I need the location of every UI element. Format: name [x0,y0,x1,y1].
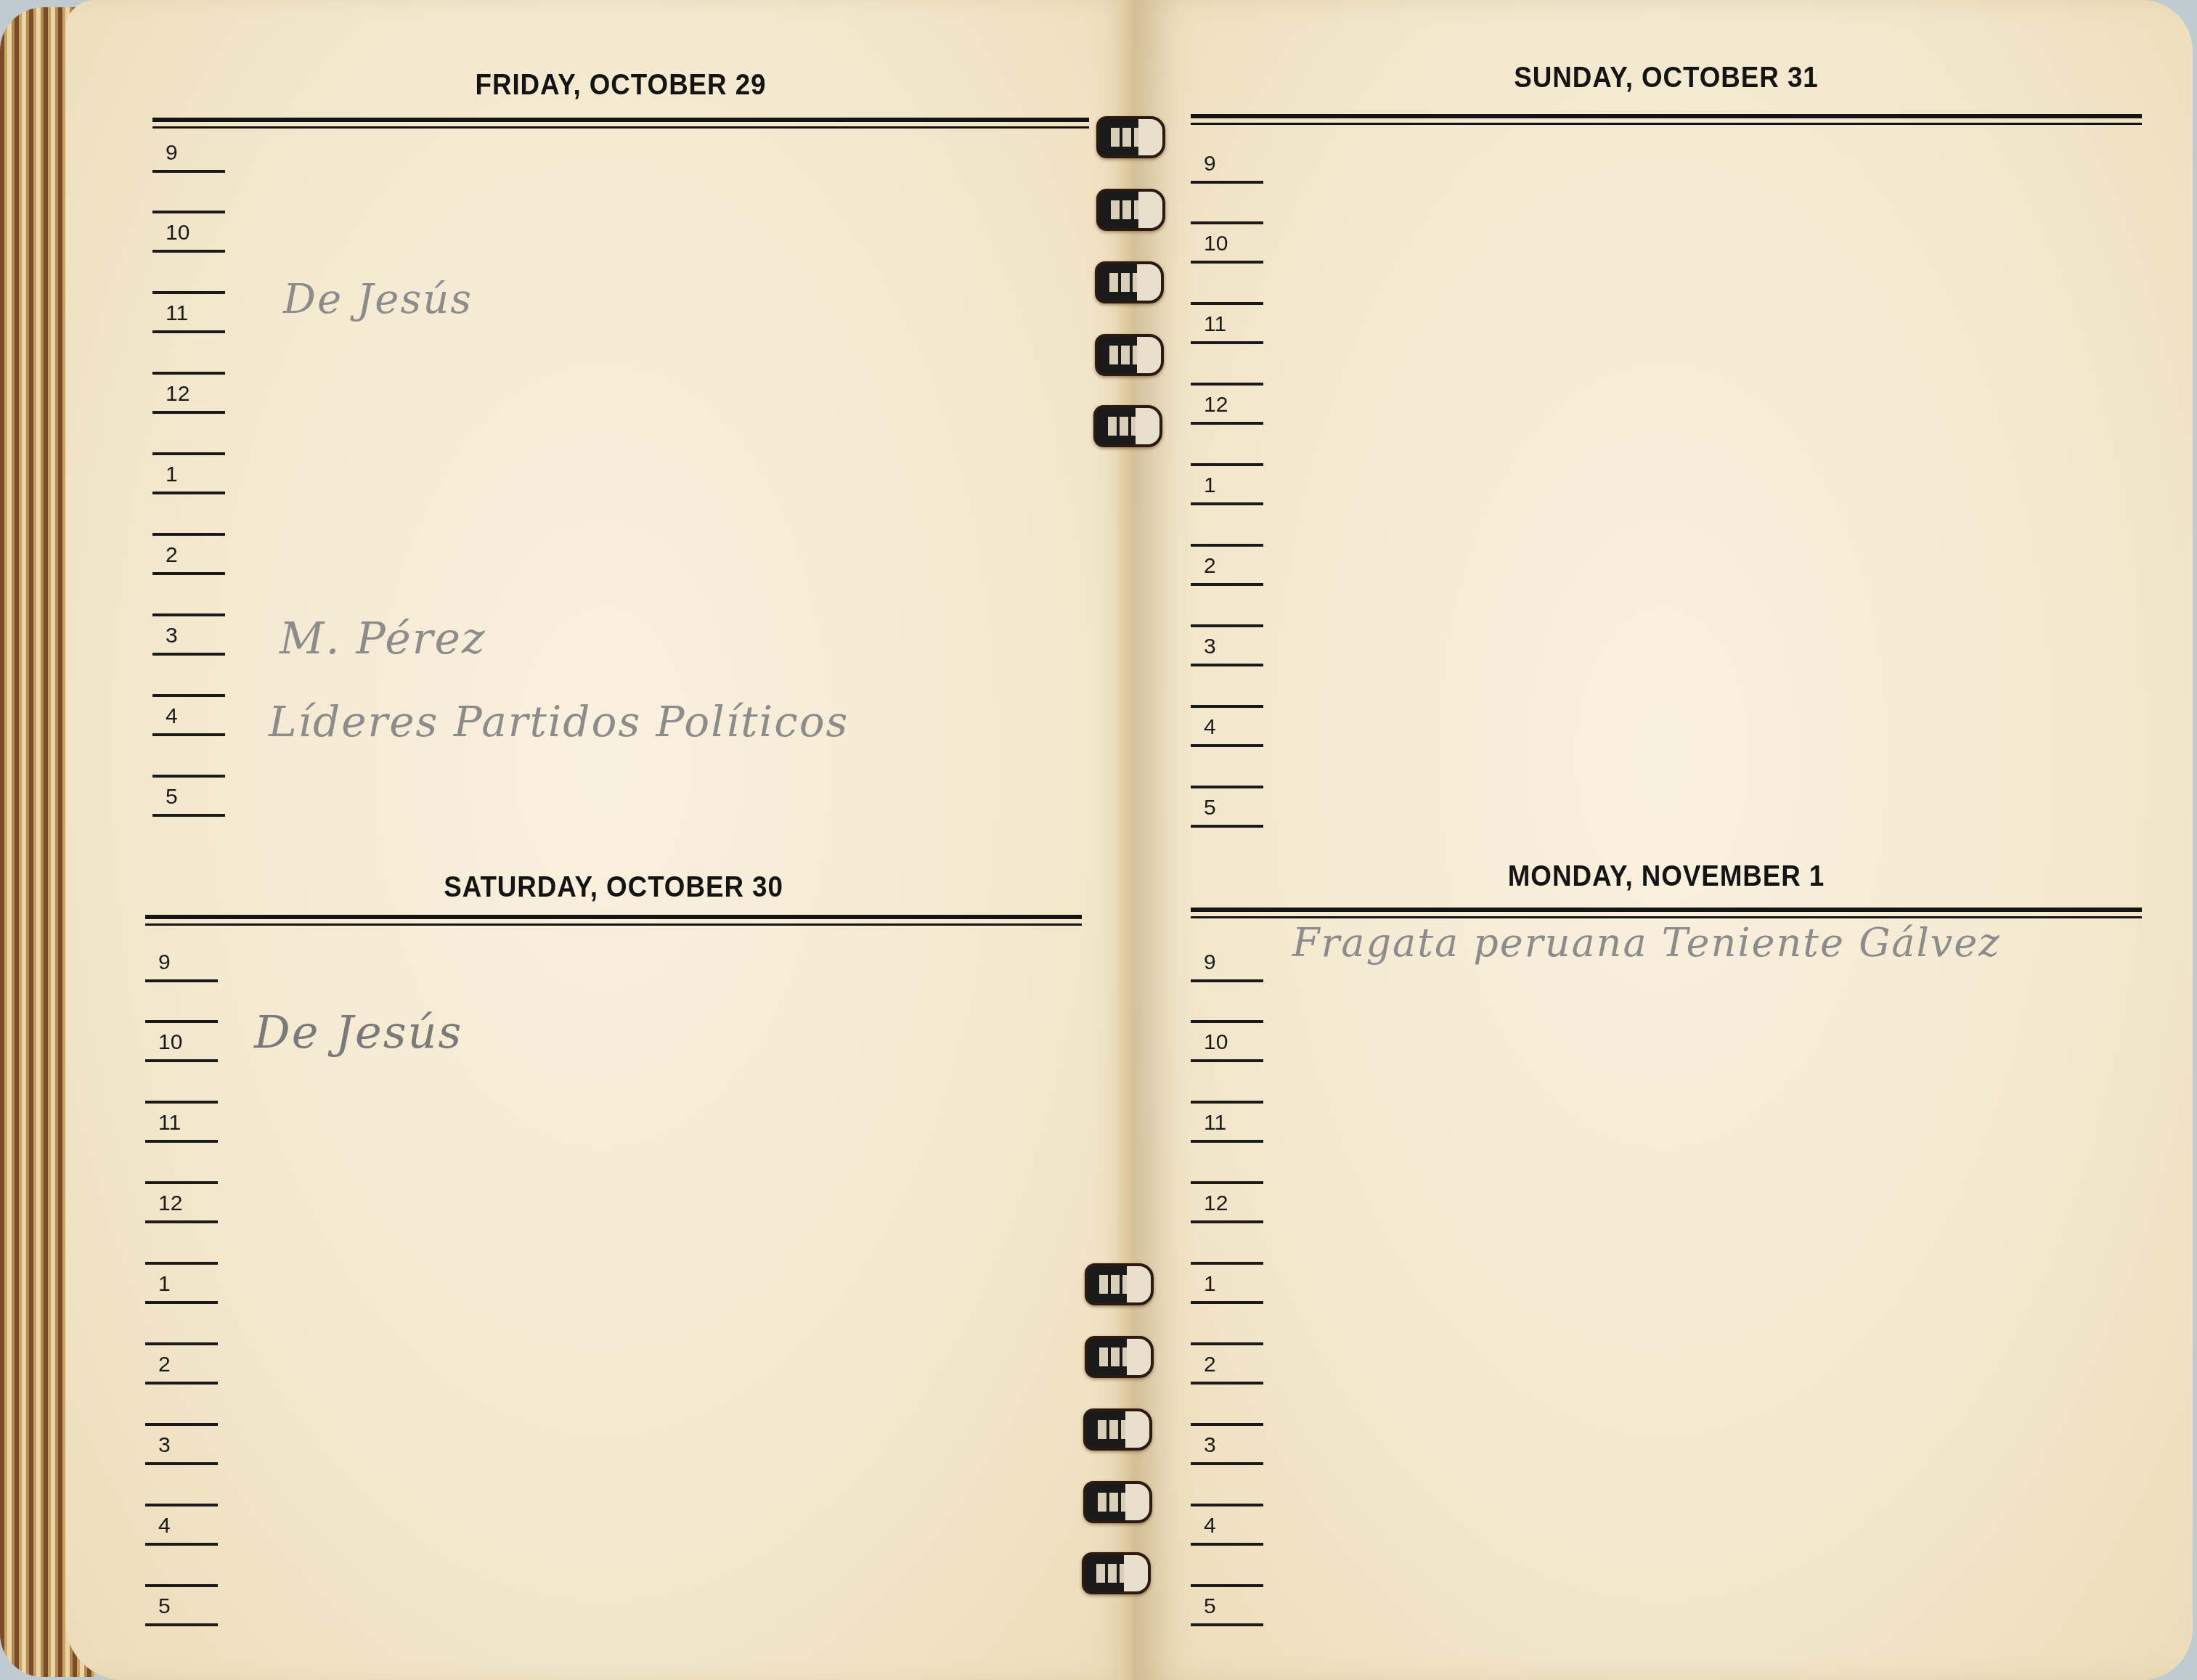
double-rule [152,118,1089,131]
hour-slot: 4 [145,1504,218,1546]
hour-slot: 2 [145,1342,218,1385]
handwritten-entry: De Jesús [283,276,473,323]
hour-slot: 3 [1191,1423,1263,1465]
double-rule [145,915,1082,928]
day-title: MONDAY, NOVEMBER 1 [1228,860,2103,893]
hour-slot: 3 [1191,624,1263,666]
hour-slot: 11 [152,291,225,333]
hour-slot: 2 [152,533,225,575]
hour-slot: 9 [152,138,225,173]
hour-slot: 1 [1191,463,1263,505]
hour-slot: 5 [145,1584,218,1626]
hour-slot: 12 [1191,1181,1263,1223]
hour-slot: 3 [145,1423,218,1465]
hour-slot: 9 [145,947,218,982]
hour-slot: 11 [145,1101,218,1143]
spiral-ring [1083,1481,1152,1523]
hour-slot: 1 [1191,1262,1263,1304]
spiral-ring [1096,116,1165,158]
day-title: SUNDAY, OCTOBER 31 [1228,62,2103,94]
day-monday-nov-1: MONDAY, NOVEMBER 1 9 10 11 12 1 2 3 4 5 … [1191,853,2142,1659]
handwritten-entry: Fragata peruana Teniente Gálvez [1292,920,2001,966]
hour-slot: 1 [152,452,225,494]
hour-slot: 5 [1191,786,1263,828]
spiral-ring [1093,405,1162,447]
right-page: SUNDAY, OCTOBER 31 9 10 11 12 1 2 3 4 5 … [1133,0,2193,1680]
hour-slot: 10 [152,211,225,253]
spiral-ring [1095,334,1164,376]
hour-slot: 5 [152,775,225,817]
hour-slot: 5 [1191,1584,1263,1626]
double-rule [1191,114,2142,127]
hour-slot: 11 [1191,302,1263,344]
hour-slot: 2 [1191,544,1263,586]
handwritten-entry: Líderes Partidos Políticos [269,697,849,746]
hour-slot: 4 [152,694,225,736]
spiral-ring [1083,1408,1152,1451]
hour-slot: 4 [1191,1504,1263,1546]
spiral-ring [1082,1552,1151,1594]
hour-slot: 10 [1191,221,1263,264]
hour-slot: 11 [1191,1101,1263,1143]
spiral-ring [1085,1263,1154,1305]
left-page: FRIDAY, OCTOBER 29 9 10 11 12 1 2 3 4 5 … [65,0,1140,1680]
spiral-ring [1096,189,1165,231]
hour-slot: 10 [145,1020,218,1062]
day-sunday-oct-31: SUNDAY, OCTOBER 31 9 10 11 12 1 2 3 4 5 [1191,54,2142,831]
hour-slot: 9 [1191,947,1263,982]
hour-slot: 2 [1191,1342,1263,1385]
hour-slot: 4 [1191,705,1263,747]
diary-scan: FRIDAY, OCTOBER 29 9 10 11 12 1 2 3 4 5 … [0,0,2197,1680]
spiral-ring [1085,1336,1154,1378]
day-title: FRIDAY, OCTOBER 29 [190,69,1052,102]
handwritten-entry: M. Pérez [280,613,486,664]
spiral-ring [1095,261,1164,303]
double-rule [1191,908,2142,921]
hour-slot: 12 [152,372,225,414]
day-title: SATURDAY, OCTOBER 30 [183,871,1045,904]
handwritten-entry: De Jesús [254,1006,462,1059]
day-saturday-oct-30: SATURDAY, OCTOBER 30 9 10 11 12 1 2 3 4 … [145,860,1082,1666]
hour-slot: 3 [152,613,225,656]
hour-slot: 9 [1191,149,1263,184]
hour-slot: 1 [145,1262,218,1304]
hour-slot: 12 [145,1181,218,1223]
day-friday-oct-29: FRIDAY, OCTOBER 29 9 10 11 12 1 2 3 4 5 … [152,58,1089,820]
hour-slot: 12 [1191,383,1263,425]
hour-slot: 10 [1191,1020,1263,1062]
